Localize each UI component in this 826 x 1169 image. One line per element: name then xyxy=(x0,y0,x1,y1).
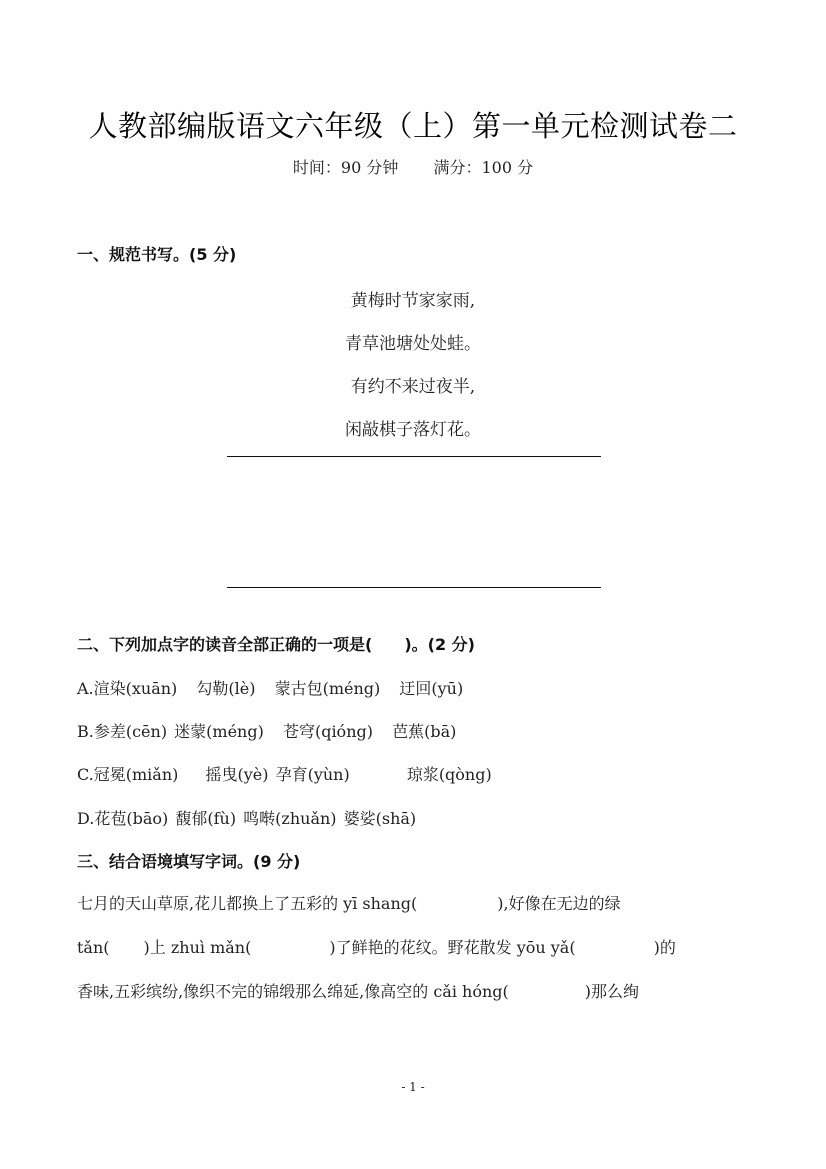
option-b[interactable]: B.参差(cēn) 迷蒙(méng) 苍穹(qióng) 芭蕉(bā) xyxy=(77,719,456,742)
poem-line: 青草池塘处处蛙。 xyxy=(0,329,826,354)
exam-time: 时间：90 分钟 xyxy=(293,158,398,177)
section-1-heading: 一、规范书写。(5 分) xyxy=(77,242,236,265)
poem-line: 有约不来过夜半, xyxy=(0,372,826,397)
page-number: - 1 - xyxy=(0,1080,826,1094)
option-a[interactable]: A.渲染(xuān) 勾勒(lè) 蒙古包(méng) 迂回(yū) xyxy=(77,676,463,699)
option-c[interactable]: C.冠冕(miǎn) 摇曳(yè) 孕育(yùn) 琼浆(qòng) xyxy=(77,762,492,785)
paragraph-line: 七月的天山草原,花儿都换上了五彩的 yī shang(),好像在无边的绿 xyxy=(77,891,621,914)
writing-line-bottom xyxy=(227,587,601,588)
poem-line: 黄梅时节家家雨, xyxy=(0,286,826,311)
option-d[interactable]: D.花苞(bāo) 馥郁(fù) 鸣啭(zhuǎn) 婆娑(shā) xyxy=(77,806,416,829)
exam-score: 满分：100 分 xyxy=(433,158,533,177)
paragraph-line: 香味,五彩缤纷,像织不完的锦缎那么绵延,像高空的 cǎi hóng()那么绚 xyxy=(77,979,639,1002)
poem-line: 闲敲棋子落灯花。 xyxy=(0,415,826,440)
paragraph-line: tǎn()上 zhuì mǎn()了鲜艳的花纹。野花散发 yōu yǎ()的 xyxy=(77,935,676,958)
page-title: 人教部编版语文六年级（上）第一单元检测试卷二 xyxy=(0,104,826,145)
section-3-heading: 三、结合语境填写字词。(9 分) xyxy=(77,849,300,872)
section-2-heading: 二、下列加点字的读音全部正确的一项是( )。(2 分) xyxy=(77,632,475,655)
exam-info: 时间：90 分钟 满分：100 分 xyxy=(0,155,826,178)
writing-line-top xyxy=(227,456,601,457)
